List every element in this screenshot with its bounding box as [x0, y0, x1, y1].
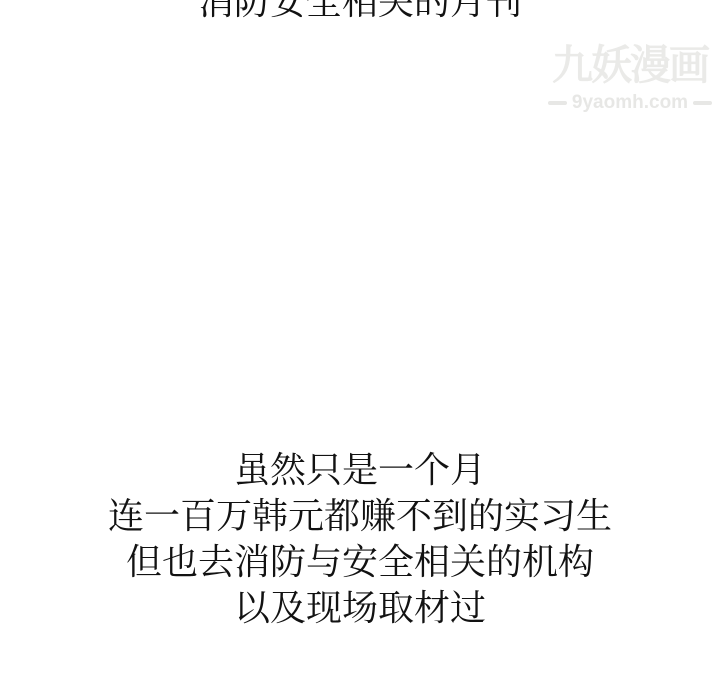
site-watermark: 九妖漫画 9yaomh.com: [548, 45, 712, 112]
watermark-site-row: 9yaomh.com: [548, 93, 712, 112]
dialogue-line-1: 虽然只是一个月: [0, 447, 720, 493]
watermark-dash-left-icon: [548, 101, 567, 105]
watermark-site-url: 9yaomh.com: [572, 93, 688, 112]
dialogue-line-2: 连一百万韩元都赚不到的实习生: [0, 493, 720, 539]
dialogue-line-3: 但也去消防与安全相关的机构: [0, 539, 720, 585]
watermark-dash-right-icon: [693, 101, 712, 105]
watermark-brand-text: 九妖漫画: [548, 45, 712, 86]
top-caption-text: 消防安全相关的月刊: [0, 0, 720, 25]
comic-page: 消防安全相关的月刊 九妖漫画 9yaomh.com 虽然只是一个月 连一百万韩元…: [0, 0, 720, 700]
dialogue-caption: 虽然只是一个月 连一百万韩元都赚不到的实习生 但也去消防与安全相关的机构 以及现…: [0, 447, 720, 631]
dialogue-line-4: 以及现场取材过: [0, 585, 720, 631]
